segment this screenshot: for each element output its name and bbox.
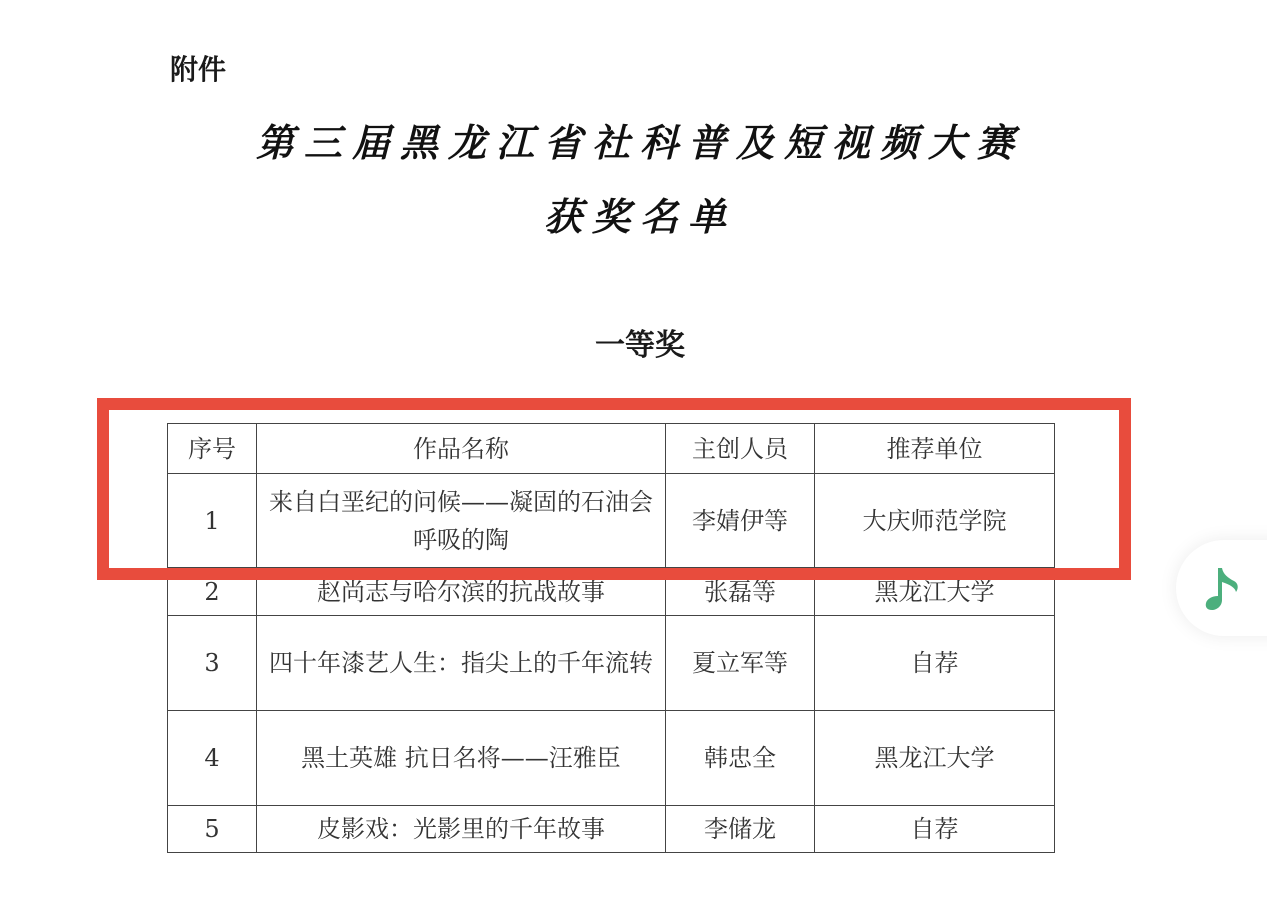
cell-recommending-unit: 黑龙江大学	[815, 568, 1055, 616]
header-recommending-unit: 推荐单位	[815, 424, 1055, 474]
cell-creators: 李婧伊等	[666, 474, 815, 568]
cell-recommending-unit: 黑龙江大学	[815, 711, 1055, 806]
table-header-row: 序号 作品名称 主创人员 推荐单位	[168, 424, 1055, 474]
awards-table: 序号 作品名称 主创人员 推荐单位 1 来自白垩纪的问候——凝固的石油会呼吸的陶…	[167, 423, 1055, 853]
cell-recommending-unit: 自荐	[815, 806, 1055, 853]
section-heading-first-prize: 一等奖	[0, 320, 1267, 364]
table-row: 4 黑土英雄 抗日名将——汪雅臣 韩忠全 黑龙江大学	[168, 711, 1055, 806]
cell-work-title: 四十年漆艺人生：指尖上的千年流转	[257, 616, 666, 711]
cell-work-title: 皮影戏：光影里的千年故事	[257, 806, 666, 853]
table-row: 3 四十年漆艺人生：指尖上的千年流转 夏立军等 自荐	[168, 616, 1055, 711]
cell-work-title: 黑土英雄 抗日名将——汪雅臣	[257, 711, 666, 806]
document-subtitle: 获奖名单	[0, 186, 1267, 241]
cell-serial-number: 2	[168, 568, 257, 616]
cell-serial-number: 4	[168, 711, 257, 806]
table-row: 5 皮影戏：光影里的千年故事 李储龙 自荐	[168, 806, 1055, 853]
cell-serial-number: 5	[168, 806, 257, 853]
cell-recommending-unit: 自荐	[815, 616, 1055, 711]
music-note-icon	[1204, 564, 1244, 612]
cell-serial-number: 3	[168, 616, 257, 711]
cell-creators: 张磊等	[666, 568, 815, 616]
table-row: 2 赵尚志与哈尔滨的抗战故事 张磊等 黑龙江大学	[168, 568, 1055, 616]
cell-work-title: 来自白垩纪的问候——凝固的石油会呼吸的陶	[257, 474, 666, 568]
attachment-label: 附件	[170, 48, 226, 88]
cell-serial-number: 1	[168, 474, 257, 568]
table-row: 1 来自白垩纪的问候——凝固的石油会呼吸的陶 李婧伊等 大庆师范学院	[168, 474, 1055, 568]
cell-work-title: 赵尚志与哈尔滨的抗战故事	[257, 568, 666, 616]
header-creators: 主创人员	[666, 424, 815, 474]
cell-creators: 李储龙	[666, 806, 815, 853]
cell-recommending-unit: 大庆师范学院	[815, 474, 1055, 568]
header-serial-number: 序号	[168, 424, 257, 474]
document-title: 第三届黑龙江省社科普及短视频大赛	[0, 112, 1267, 167]
cell-creators: 韩忠全	[666, 711, 815, 806]
header-work-title: 作品名称	[257, 424, 666, 474]
music-player-button[interactable]	[1176, 540, 1267, 636]
cell-creators: 夏立军等	[666, 616, 815, 711]
